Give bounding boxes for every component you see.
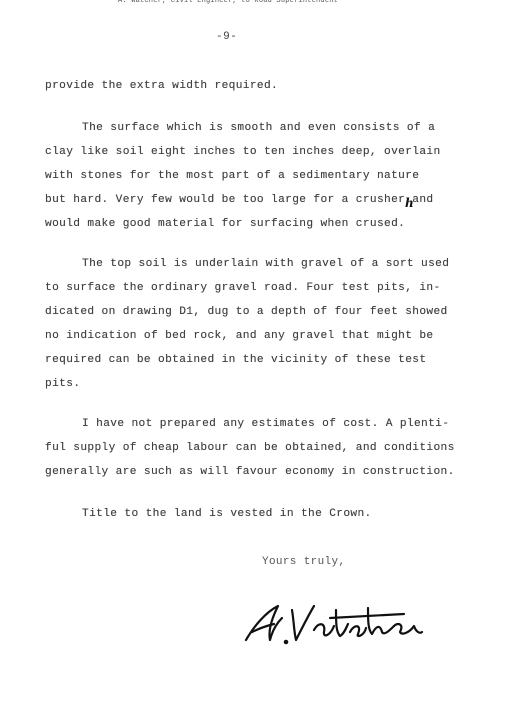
text-line: generally are such as will favour econom…: [45, 466, 455, 478]
text-line: with stones for the most part of a sedim…: [45, 170, 419, 182]
letterhead-text: A. Watcher, Civil Engineer, to Road Supe…: [118, 0, 348, 5]
text-line: I have not prepared any estimates of cos…: [82, 418, 449, 430]
text-line: ful supply of cheap labour can be obtain…: [45, 442, 455, 454]
text-line: no indication of bed rock, and any grave…: [45, 330, 434, 342]
document-page: A. Watcher, Civil Engineer, to Road Supe…: [0, 0, 522, 711]
closing-salutation: Yours truly,: [262, 556, 345, 568]
page-number: -9-: [216, 31, 237, 43]
text-line: clay like soil eight inches to ten inche…: [45, 146, 441, 158]
signature: A. Watcher: [244, 596, 434, 656]
text-line: Title to the land is vested in the Crown…: [82, 508, 372, 520]
text-line: to surface the ordinary gravel road. Fou…: [45, 282, 441, 294]
handwritten-correction: h: [405, 196, 414, 210]
text-line: pits.: [45, 378, 80, 390]
text-line: would make good material for surfacing w…: [45, 218, 405, 230]
text-line: The surface which is smooth and even con…: [82, 122, 435, 134]
text-line: dicated on drawing D1, dug to a depth of…: [45, 306, 448, 318]
text-line: required can be obtained in the vicinity…: [45, 354, 426, 366]
text-line: The top soil is underlain with gravel of…: [82, 258, 449, 270]
text-line: provide the extra width required.: [45, 80, 278, 92]
text-line: but hard. Very few would be too large fo…: [45, 194, 434, 206]
